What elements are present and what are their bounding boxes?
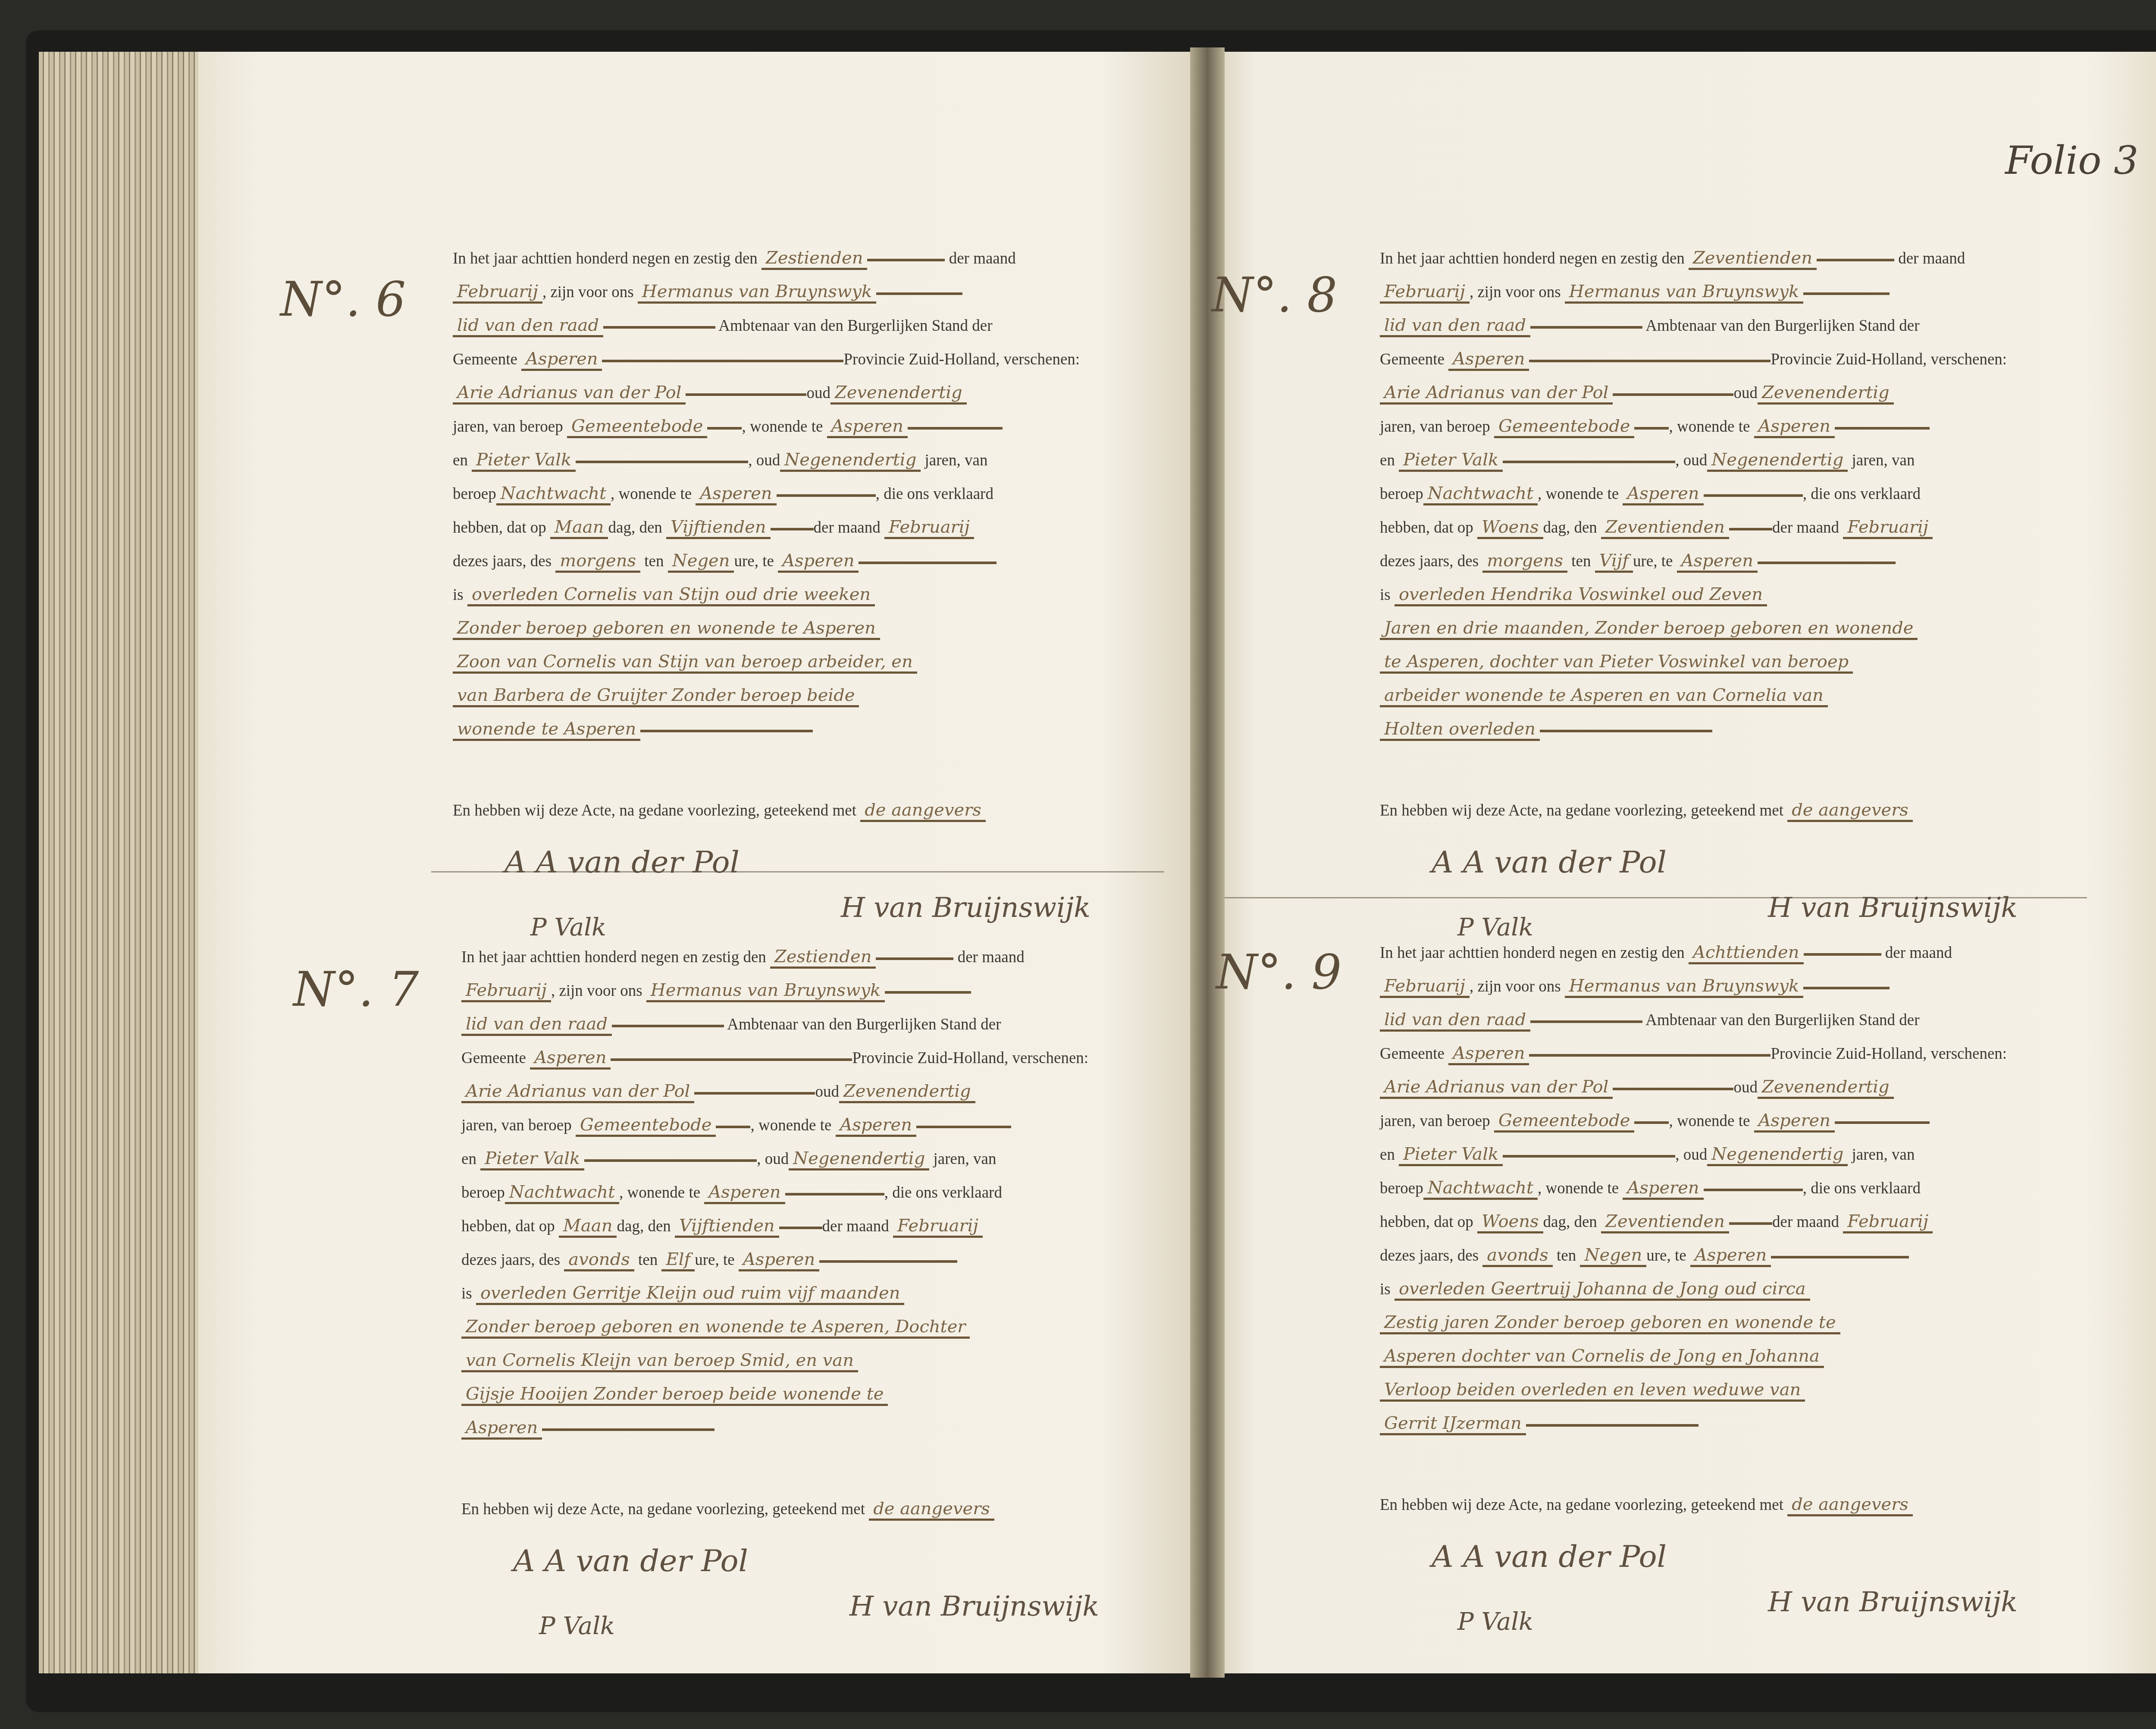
printed-text: ure, te: [734, 552, 774, 570]
record-line: lid van den raad Ambtenaar van den Burge…: [1380, 1003, 2061, 1037]
handwritten-entry: Woens: [1477, 517, 1543, 539]
handwritten-entry: lid van den raad: [461, 1014, 612, 1036]
printed-text: jaren, van beroep: [1380, 418, 1490, 436]
handwritten-entry: Arie Adrianus van der Pol: [461, 1081, 694, 1103]
handwritten-entry: Arie Adrianus van der Pol: [1380, 1077, 1613, 1099]
fill-stroke: [1835, 1121, 1930, 1124]
printed-text: , die ons verklaard: [1803, 485, 1921, 503]
fill-stroke: [885, 991, 971, 994]
record-line: hebben, dat op Maandag, den Vijftiendend…: [461, 1209, 1143, 1243]
printed-text: is: [1380, 586, 1391, 604]
printed-text: In het jaar achttien honderd negen en ze…: [453, 250, 758, 267]
handwritten-entry: lid van den raad: [1380, 315, 1530, 337]
record-line: Februarij, zijn voor ons Hermanus van Br…: [453, 275, 1134, 309]
fill-stroke: [686, 393, 806, 396]
printed-text: jaren, van: [1852, 1146, 1915, 1164]
handwritten-entry: wonende te Asperen: [453, 719, 640, 741]
handwritten-entry: Asperen: [696, 483, 776, 505]
handwritten-entry: Zevenendertig: [1758, 1077, 1894, 1099]
record-line: beroepNachtwacht, wonende te Asperen, di…: [1380, 477, 2061, 511]
record-line: lid van den raad Ambtenaar van den Burge…: [461, 1007, 1143, 1041]
handwritten-entry: lid van den raad: [1380, 1010, 1530, 1032]
printed-text: jaren, van: [1852, 452, 1915, 469]
record-line: Arie Adrianus van der PoloudZevenenderti…: [453, 376, 1134, 410]
act-number: N°. 9: [1216, 945, 1341, 1000]
signature-block: A A van der Pol P Valk H van Bruijnswijk: [1380, 1522, 2061, 1703]
printed-text: en: [1380, 452, 1395, 469]
handwritten-entry: Gemeentebode: [1494, 416, 1634, 438]
handwritten-entry: Hermanus van Bruynswyk: [1565, 282, 1803, 304]
record-line: Februarij, zijn voor ons Hermanus van Br…: [1380, 970, 2061, 1003]
printed-text: ure, te: [695, 1251, 734, 1269]
handwritten-entry: Negen: [1580, 1245, 1646, 1267]
fill-stroke: [1503, 461, 1675, 463]
handwritten-entry: Arie Adrianus van der Pol: [453, 383, 686, 405]
printed-text: ten: [1571, 552, 1591, 570]
printed-text: , die ons verklaard: [1803, 1180, 1921, 1197]
printed-text: Ambtenaar van den Burgerlijken Stand der: [718, 317, 992, 335]
record-line: Gijsje Hooijen Zonder beroep beide wonen…: [461, 1378, 1143, 1411]
record-line: Arie Adrianus van der PoloudZevenenderti…: [1380, 376, 2061, 410]
fill-stroke: [771, 528, 814, 530]
printed-text: En hebben wij deze Acte, na gedane voorl…: [1380, 802, 1783, 819]
record-line: En hebben wij deze Acte, na gedane voorl…: [1380, 1488, 2061, 1522]
handwritten-entry: de aangevers: [1787, 800, 1913, 822]
handwritten-entry: Pieter Valk: [472, 450, 576, 472]
handwritten-entry: Verloop beiden overleden en leven weduwe…: [1380, 1380, 1805, 1402]
handwritten-entry: Negenendertig: [780, 450, 921, 472]
act-number: N°. 7: [293, 962, 419, 1017]
printed-text: , die ons verklaard: [876, 485, 993, 503]
handwritten-entry: Pieter Valk: [1399, 1144, 1503, 1166]
handwritten-entry: Hermanus van Bruynswyk: [1565, 976, 1803, 998]
fill-stroke: [1503, 1155, 1675, 1158]
handwritten-entry: Zestig jaren Zonder beroep geboren en wo…: [1380, 1312, 1840, 1334]
handwritten-entry: Arie Adrianus van der Pol: [1380, 383, 1613, 405]
fill-stroke: [1530, 326, 1642, 329]
printed-text: ten: [1557, 1247, 1576, 1265]
record-line: lid van den raad Ambtenaar van den Burge…: [453, 309, 1134, 342]
record-line: In het jaar achttien honderd negen en ze…: [453, 242, 1134, 275]
printed-text: is: [461, 1285, 472, 1302]
printed-text: dezes jaars, des: [461, 1251, 560, 1269]
handwritten-entry: Februarij: [461, 980, 551, 1002]
handwritten-entry: Asperen: [704, 1182, 785, 1204]
handwritten-entry: Zonder beroep geboren en wonende te Aspe…: [461, 1317, 970, 1339]
handwritten-entry: avonds: [1482, 1245, 1552, 1267]
handwritten-entry: Asperen: [530, 1048, 611, 1070]
handwritten-entry: Asperen: [521, 349, 602, 371]
handwritten-entry: Februarij: [884, 517, 974, 539]
printed-text: Gemeente: [453, 351, 517, 368]
record-line: dezes jaars, des avonds ten Elfure, te A…: [461, 1243, 1143, 1277]
printed-text: oud: [815, 1083, 839, 1101]
printed-text: dag, den: [1543, 1213, 1597, 1231]
printed-text: , oud: [1675, 452, 1707, 469]
printed-text: ten: [638, 1251, 658, 1269]
record-line: jaren, van beroep Gemeentebode, wonende …: [461, 1108, 1143, 1142]
handwritten-entry: Asperen: [1623, 1178, 1703, 1200]
handwritten-entry: Februarij: [453, 282, 542, 304]
printed-text: Ambtenaar van den Burgerlijken Stand der: [727, 1016, 1001, 1033]
fill-stroke: [1804, 953, 1881, 956]
handwritten-entry: Asperen dochter van Cornelis de Jong en …: [1380, 1346, 1824, 1368]
printed-text: der maand: [1885, 944, 1952, 962]
printed-text: en: [461, 1150, 476, 1168]
handwritten-entry: Asperen: [1690, 1245, 1771, 1267]
record-line: Zonder beroep geboren en wonende te Aspe…: [461, 1310, 1143, 1344]
record-line: en Pieter Valk, oudNegenendertig jaren, …: [1380, 1138, 2061, 1171]
handwritten-entry: Negenendertig: [789, 1148, 929, 1170]
printed-text: Provincie Zuid-Holland, verschenen:: [1771, 351, 2007, 368]
handwritten-entry: Asperen: [778, 551, 859, 573]
handwritten-entry: Zestienden: [770, 947, 876, 969]
fill-stroke: [612, 1025, 724, 1027]
printed-text: , oud: [1675, 1146, 1707, 1164]
record-line: is overleden Cornelis van Stijn oud drie…: [453, 578, 1134, 612]
handwritten-entry: Maan: [559, 1216, 617, 1238]
printed-text: oud: [806, 384, 830, 402]
printed-text: is: [1380, 1280, 1391, 1298]
printed-text: der maand: [1772, 519, 1839, 537]
record-line: En hebben wij deze Acte, na gedane voorl…: [453, 794, 1134, 827]
fill-stroke: [867, 259, 945, 261]
handwritten-entry: Februarij: [1843, 1211, 1933, 1233]
fill-stroke: [542, 1428, 714, 1431]
handwritten-entry: Jaren en drie maanden, Zonder beroep geb…: [1380, 618, 1918, 640]
record-line: Jaren en drie maanden, Zonder beroep geb…: [1380, 612, 2061, 645]
printed-text: Ambtenaar van den Burgerlijken Stand der: [1645, 1011, 1919, 1029]
fill-stroke: [859, 562, 997, 564]
act-number: N°. 8: [1212, 267, 1337, 323]
handwritten-entry: Gemeentebode: [567, 416, 707, 438]
handwritten-entry: Februarij: [1380, 976, 1470, 998]
fill-stroke: [716, 1126, 750, 1128]
printed-text: Ambtenaar van den Burgerlijken Stand der: [1645, 317, 1919, 335]
handwritten-entry: Maan: [550, 517, 608, 539]
fill-stroke: [876, 292, 962, 295]
fill-stroke: [1540, 730, 1712, 732]
record-line: lid van den raad Ambtenaar van den Burge…: [1380, 309, 2061, 342]
record-line: en Pieter Valk, oudNegenendertig jaren, …: [461, 1142, 1143, 1176]
handwritten-entry: Zestienden: [761, 248, 867, 270]
handwritten-entry: Asperen: [1623, 483, 1703, 505]
record-line: In het jaar achttien honderd negen en ze…: [1380, 936, 2061, 970]
fill-stroke: [819, 1260, 957, 1263]
record-line: is overleden Geertruij Johanna de Jong o…: [1380, 1272, 2061, 1306]
printed-text: , wonende te: [619, 1184, 700, 1202]
printed-text: , zijn voor ons: [1470, 283, 1561, 301]
record-line: In het jaar achttien honderd negen en ze…: [1380, 242, 2061, 275]
signature: P Valk: [530, 913, 606, 941]
fill-stroke: [1729, 1222, 1772, 1225]
handwritten-entry: Pieter Valk: [480, 1148, 584, 1170]
record-line: Gemeente AsperenProvincie Zuid-Holland, …: [1380, 1037, 2061, 1070]
record-line: Gerrit IJzerman: [1380, 1407, 2061, 1440]
printed-text: , wonende te: [750, 1117, 831, 1134]
record-line: Arie Adrianus van der PoloudZevenenderti…: [1380, 1070, 2061, 1104]
record-line: en Pieter Valk, oudNegenendertig jaren, …: [1380, 443, 2061, 477]
handwritten-entry: Asperen: [827, 416, 908, 438]
record-line: jaren, van beroep Gemeentebode, wonende …: [1380, 1104, 2061, 1138]
record-line: en Pieter Valk, oudNegenendertig jaren, …: [453, 443, 1134, 477]
printed-text: beroep: [1380, 485, 1423, 503]
record-line: dezes jaars, des avonds ten Negenure, te…: [1380, 1239, 2061, 1272]
printed-text: En hebben wij deze Acte, na gedane voorl…: [461, 1500, 865, 1518]
fill-stroke: [1613, 1088, 1733, 1090]
handwritten-entry: Vijftienden: [666, 517, 771, 539]
handwritten-entry: Gemeentebode: [1494, 1111, 1634, 1133]
handwritten-entry: lid van den raad: [453, 315, 603, 337]
handwritten-entry: Zeventienden: [1601, 1211, 1729, 1233]
fill-stroke: [1634, 1121, 1669, 1124]
printed-text: der maand: [1898, 250, 1965, 267]
signature-block: A A van der Pol P Valk H van Bruijnswijk: [461, 1526, 1143, 1707]
handwritten-entry: Zeventienden: [1689, 248, 1817, 270]
handwritten-entry: overleden Cornelis van Stijn oud drie we…: [467, 584, 875, 606]
printed-text: , oud: [757, 1150, 789, 1168]
handwritten-entry: overleden Geertruij Johanna de Jong oud …: [1395, 1279, 1810, 1301]
signature: A A van der Pol: [505, 844, 740, 880]
fill-stroke: [916, 1126, 1011, 1128]
record-line: hebben, dat op Woensdag, den Zeventiende…: [1380, 511, 2061, 544]
printed-text: jaren, van: [934, 1150, 997, 1168]
record-line: Zonder beroep geboren en wonende te Aspe…: [453, 612, 1134, 645]
handwritten-entry: Zoon van Cornelis van Stijn van beroep a…: [453, 652, 917, 674]
handwritten-entry: Pieter Valk: [1399, 450, 1503, 472]
handwritten-entry: Zevenendertig: [839, 1081, 975, 1103]
printed-text: dezes jaars, des: [453, 552, 552, 570]
printed-text: hebben, dat op: [1380, 519, 1473, 537]
handwritten-entry: de aangevers: [860, 800, 986, 822]
fill-stroke: [777, 494, 876, 497]
record-line: van Cornelis Kleijn van beroep Smid, en …: [461, 1344, 1143, 1378]
printed-text: , zijn voor ons: [542, 283, 634, 301]
printed-text: is: [453, 586, 464, 604]
folio-mark: Folio 3: [2005, 138, 2138, 183]
record-line: En hebben wij deze Acte, na gedane voorl…: [461, 1492, 1143, 1526]
handwritten-entry: Februarij: [1380, 282, 1470, 304]
handwritten-entry: de aangevers: [869, 1499, 994, 1521]
printed-text: Gemeente: [1380, 351, 1445, 368]
signature: H van Bruijnswijk: [1768, 1586, 2018, 1618]
fill-stroke: [785, 1193, 884, 1196]
printed-text: jaren, van beroep: [453, 418, 563, 436]
handwritten-entry: Negenendertig: [1707, 450, 1848, 472]
record-line: hebben, dat op Woensdag, den Zeventiende…: [1380, 1205, 2061, 1239]
record-line: is overleden Gerritje Kleijn oud ruim vi…: [461, 1277, 1143, 1310]
fill-stroke: [1803, 987, 1890, 989]
printed-text: hebben, dat op: [453, 519, 546, 537]
printed-text: dezes jaars, des: [1380, 1247, 1479, 1265]
printed-text: , wonende te: [1538, 1180, 1619, 1197]
handwritten-entry: Achttienden: [1689, 942, 1803, 964]
printed-text: En hebben wij deze Acte, na gedane voorl…: [453, 802, 856, 819]
record-line: Holten overleden: [1380, 712, 2061, 746]
fill-stroke: [876, 957, 953, 960]
printed-text: , die ons verklaard: [884, 1184, 1002, 1202]
handwritten-entry: Holten overleden: [1380, 719, 1540, 741]
printed-text: , wonende te: [1669, 1112, 1750, 1130]
record-line: van Barbera de Gruijter Zonder beroep be…: [453, 679, 1134, 712]
record-line: is overleden Hendrika Voswinkel oud Zeve…: [1380, 578, 2061, 612]
record-line: Februarij, zijn voor ons Hermanus van Br…: [1380, 275, 2061, 309]
handwritten-entry: Asperen: [1448, 349, 1529, 371]
fill-stroke: [1817, 259, 1894, 261]
handwritten-entry: arbeider wonende te Asperen en van Corne…: [1380, 685, 1828, 707]
fill-stroke: [1803, 292, 1890, 295]
printed-text: ure, te: [1633, 552, 1673, 570]
record-line: te Asperen, dochter van Pieter Voswinkel…: [1380, 645, 2061, 679]
printed-text: der maand: [1772, 1213, 1839, 1231]
handwritten-entry: Asperen: [461, 1418, 542, 1440]
fill-stroke: [908, 427, 1003, 430]
fill-stroke: [603, 326, 715, 329]
record-line: beroepNachtwacht, wonende te Asperen, di…: [1380, 1171, 2061, 1205]
printed-text: Gemeente: [461, 1049, 526, 1067]
record-line: Gemeente AsperenProvincie Zuid-Holland, …: [461, 1041, 1143, 1075]
fill-stroke: [1526, 1424, 1698, 1427]
printed-text: beroep: [461, 1184, 505, 1202]
record-line: Asperen dochter van Cornelis de Jong en …: [1380, 1340, 2061, 1373]
handwritten-entry: Asperen: [739, 1249, 819, 1271]
printed-text: jaren, van beroep: [461, 1117, 572, 1134]
handwritten-entry: Elf: [661, 1249, 695, 1271]
handwritten-entry: Asperen: [1677, 551, 1758, 573]
record-line: beroepNachtwacht, wonende te Asperen, di…: [453, 477, 1134, 511]
handwritten-entry: Zeventienden: [1601, 517, 1729, 539]
signature: H van Bruijnswijk: [841, 892, 1091, 924]
handwritten-entry: Nachtwacht: [496, 483, 611, 505]
act-record: In het jaar achttien honderd negen en ze…: [453, 242, 1134, 1008]
printed-text: Provincie Zuid-Holland, verschenen:: [843, 351, 1080, 368]
signature: A A van der Pol: [1432, 844, 1667, 880]
fill-stroke: [1704, 494, 1803, 497]
fill-stroke: [1704, 1189, 1803, 1191]
record-line: jaren, van beroep Gemeentebode, wonende …: [453, 410, 1134, 443]
printed-text: beroep: [1380, 1180, 1423, 1197]
printed-text: dag, den: [617, 1218, 671, 1235]
fill-stroke: [1771, 1256, 1909, 1258]
handwritten-entry: Asperen: [1448, 1043, 1529, 1065]
handwritten-entry: Hermanus van Bruynswyk: [646, 980, 885, 1002]
handwritten-entry: de aangevers: [1787, 1494, 1913, 1516]
handwritten-entry: van Cornelis Kleijn van beroep Smid, en …: [461, 1350, 858, 1372]
printed-text: , zijn voor ons: [551, 982, 642, 1000]
printed-text: dezes jaars, des: [1380, 552, 1479, 570]
handwritten-entry: Woens: [1477, 1211, 1543, 1233]
printed-text: beroep: [453, 485, 496, 503]
fill-stroke: [640, 730, 813, 732]
record-line: Gemeente AsperenProvincie Zuid-Holland, …: [1380, 342, 2061, 376]
fill-stroke: [602, 360, 843, 362]
handwritten-entry: morgens: [555, 551, 640, 573]
printed-text: In het jaar achttien honderd negen en ze…: [461, 948, 766, 966]
handwritten-entry: Februarij: [893, 1216, 983, 1238]
fill-stroke: [779, 1227, 822, 1229]
handwritten-entry: Hermanus van Bruynswyk: [638, 282, 876, 304]
record-line: Februarij, zijn voor ons Hermanus van Br…: [461, 974, 1143, 1007]
record-line: beroepNachtwacht, wonende te Asperen, di…: [461, 1176, 1143, 1209]
act-record: In het jaar achttien honderd negen en ze…: [1380, 936, 2061, 1703]
handwritten-entry: Nachtwacht: [1423, 1178, 1538, 1200]
record-line: dezes jaars, des morgens ten Vijfure, te…: [1380, 544, 2061, 578]
fill-stroke: [1530, 1020, 1642, 1023]
printed-text: In het jaar achttien honderd negen en ze…: [1380, 250, 1685, 267]
handwritten-entry: Zevenendertig: [830, 383, 967, 405]
record-line: Asperen: [461, 1411, 1143, 1445]
handwritten-entry: van Barbera de Gruijter Zonder beroep be…: [453, 685, 859, 707]
handwritten-entry: Gemeentebode: [576, 1115, 716, 1137]
handwritten-entry: Nachtwacht: [505, 1182, 619, 1204]
printed-text: oud: [1733, 384, 1758, 402]
fill-stroke: [584, 1159, 757, 1162]
printed-text: ure, te: [1646, 1247, 1686, 1265]
fill-stroke: [1835, 427, 1930, 430]
record-line: Verloop beiden overleden en leven weduwe…: [1380, 1373, 2061, 1407]
printed-text: der maand: [814, 519, 881, 537]
fill-stroke: [1634, 427, 1669, 430]
handwritten-entry: overleden Gerritje Kleijn oud ruim vijf …: [476, 1283, 904, 1305]
printed-text: Gemeente: [1380, 1045, 1445, 1063]
fill-stroke: [1529, 360, 1771, 362]
printed-text: jaren, van: [925, 452, 988, 469]
handwritten-entry: Gerrit IJzerman: [1380, 1413, 1526, 1435]
act-number: N°. 6: [280, 272, 406, 327]
signature: H van Bruijnswijk: [1768, 892, 2018, 924]
fill-stroke: [1529, 1054, 1771, 1057]
record-line: Zestig jaren Zonder beroep geboren en wo…: [1380, 1306, 2061, 1340]
handwritten-entry: Vijftienden: [675, 1216, 779, 1238]
handwritten-entry: Zevenendertig: [1758, 383, 1894, 405]
printed-text: En hebben wij deze Acte, na gedane voorl…: [1380, 1496, 1783, 1514]
handwritten-entry: Zonder beroep geboren en wonende te Aspe…: [453, 618, 880, 640]
fill-stroke: [707, 427, 742, 430]
handwritten-entry: Negenendertig: [1707, 1144, 1848, 1166]
printed-text: der maand: [958, 948, 1025, 966]
record-line: dezes jaars, des morgens ten Negenure, t…: [453, 544, 1134, 578]
handwritten-entry: Vijf: [1595, 551, 1633, 573]
printed-text: Provincie Zuid-Holland, verschenen:: [1771, 1045, 2007, 1063]
record-line: Arie Adrianus van der PoloudZevenenderti…: [461, 1075, 1143, 1108]
handwritten-entry: Asperen: [836, 1115, 916, 1137]
signature: H van Bruijnswijk: [849, 1591, 1099, 1622]
fill-stroke: [1758, 562, 1896, 564]
record-line: Zoon van Cornelis van Stijn van beroep a…: [453, 645, 1134, 679]
printed-text: dag, den: [1543, 519, 1597, 537]
printed-text: der maand: [949, 250, 1016, 267]
handwritten-entry: te Asperen, dochter van Pieter Voswinkel…: [1380, 652, 1853, 674]
printed-text: en: [1380, 1146, 1395, 1164]
signature: A A van der Pol: [513, 1543, 748, 1578]
signature: P Valk: [539, 1612, 615, 1640]
signature: A A van der Pol: [1432, 1539, 1667, 1574]
printed-text: en: [453, 452, 468, 469]
fill-stroke: [611, 1058, 852, 1061]
printed-text: In het jaar achttien honderd negen en ze…: [1380, 944, 1685, 962]
handwritten-entry: Gijsje Hooijen Zonder beroep beide wonen…: [461, 1384, 888, 1406]
record-line: jaren, van beroep Gemeentebode, wonende …: [1380, 410, 2061, 443]
record-line: arbeider wonende te Asperen en van Corne…: [1380, 679, 2061, 712]
printed-text: dag, den: [608, 519, 662, 537]
handwritten-entry: morgens: [1482, 551, 1567, 573]
fill-stroke: [1729, 528, 1772, 530]
handwritten-entry: overleden Hendrika Voswinkel oud Zeven: [1395, 584, 1767, 606]
fill-stroke: [694, 1092, 815, 1095]
printed-text: , wonende te: [611, 485, 692, 503]
signature: P Valk: [1457, 1608, 1533, 1636]
printed-text: , oud: [748, 452, 780, 469]
